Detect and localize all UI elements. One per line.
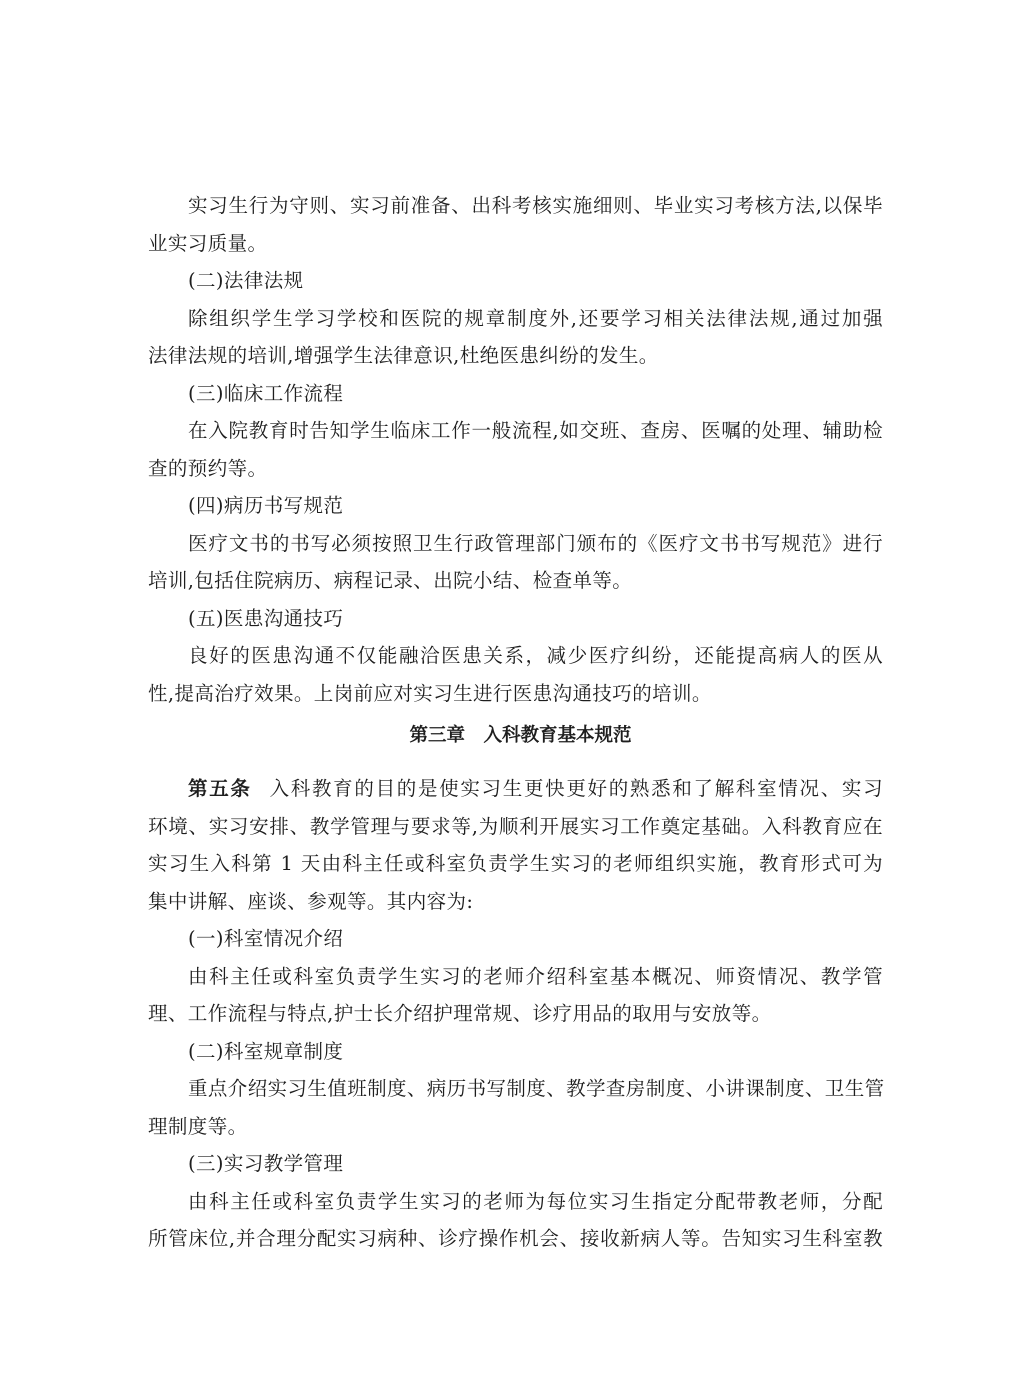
paragraph-line: 良好的医患沟通不仅能融洽医患关系，减少医疗纠纷，还能提高病人的医从 [148, 637, 883, 675]
paragraph-line: 医疗文书的书写必须按照卫生行政管理部门颁布的《医疗文书书写规范》进行 [148, 525, 883, 563]
subsection-heading: (三)实习教学管理 [148, 1145, 883, 1183]
paragraph-line: 由科主任或科室负责学生实习的老师介绍科室基本概况、师资情况、教学管 [148, 958, 883, 996]
document-page: 实习生行为守则、实习前准备、出科考核实施细则、毕业实习考核方法,以保毕 业实习质… [148, 187, 883, 1258]
paragraph-line: 实习生入科第 1 天由科主任或科室负责学生实习的老师组织实施，教育形式可为 [148, 845, 883, 883]
paragraph-line: 理制度等。 [148, 1108, 883, 1146]
paragraph-line: 环境、实习安排、教学管理与要求等,为顺利开展实习工作奠定基础。入科教育应在 [148, 808, 883, 846]
paragraph-line: 实习生行为守则、实习前准备、出科考核实施细则、毕业实习考核方法,以保毕 [148, 187, 883, 225]
article-first-line: 第五条入科教育的目的是使实习生更快更好的熟悉和了解科室情况、实习 [148, 770, 883, 808]
paragraph-line: 集中讲解、座谈、参观等。其内容为: [148, 883, 883, 921]
paragraph-line: 在入院教育时告知学生临床工作一般流程,如交班、查房、医嘱的处理、辅助检 [148, 412, 883, 450]
paragraph-line: 重点介绍实习生值班制度、病历书写制度、教学查房制度、小讲课制度、卫生管 [148, 1070, 883, 1108]
paragraph-line: 由科主任或科室负责学生实习的老师为每位实习生指定分配带教老师，分配 [148, 1183, 883, 1221]
subsection-heading: (五)医患沟通技巧 [148, 600, 883, 638]
subsection-heading: (二)法律法规 [148, 262, 883, 300]
subsection-heading: (四)病历书写规范 [148, 487, 883, 525]
paragraph-line: 性,提高治疗效果。上岗前应对实习生进行医患沟通技巧的培训。 [148, 675, 883, 713]
subsection-heading: (二)科室规章制度 [148, 1033, 883, 1071]
paragraph-line: 培训,包括住院病历、病程记录、出院小结、检查单等。 [148, 562, 883, 600]
paragraph-line: 业实习质量。 [148, 225, 883, 263]
subsection-heading: (一)科室情况介绍 [148, 920, 883, 958]
article-label: 第五条 [188, 777, 252, 800]
paragraph-line: 查的预约等。 [148, 450, 883, 488]
paragraph-line: 除组织学生学习学校和医院的规章制度外,还要学习相关法律法规,通过加强 [148, 300, 883, 338]
chapter-title: 第三章 入科教育基本规范 [148, 717, 883, 754]
paragraph-line: 所管床位,并合理分配实习病种、诊疗操作机会、接收新病人等。告知实习生科室教 [148, 1220, 883, 1258]
paragraph-line: 理、工作流程与特点,护士长介绍护理常规、诊疗用品的取用与安放等。 [148, 995, 883, 1033]
paragraph-line: 法律法规的培训,增强学生法律意识,杜绝医患纠纷的发生。 [148, 337, 883, 375]
subsection-heading: (三)临床工作流程 [148, 375, 883, 413]
article-text: 入科教育的目的是使实习生更快更好的熟悉和了解科室情况、实习 [270, 777, 883, 800]
